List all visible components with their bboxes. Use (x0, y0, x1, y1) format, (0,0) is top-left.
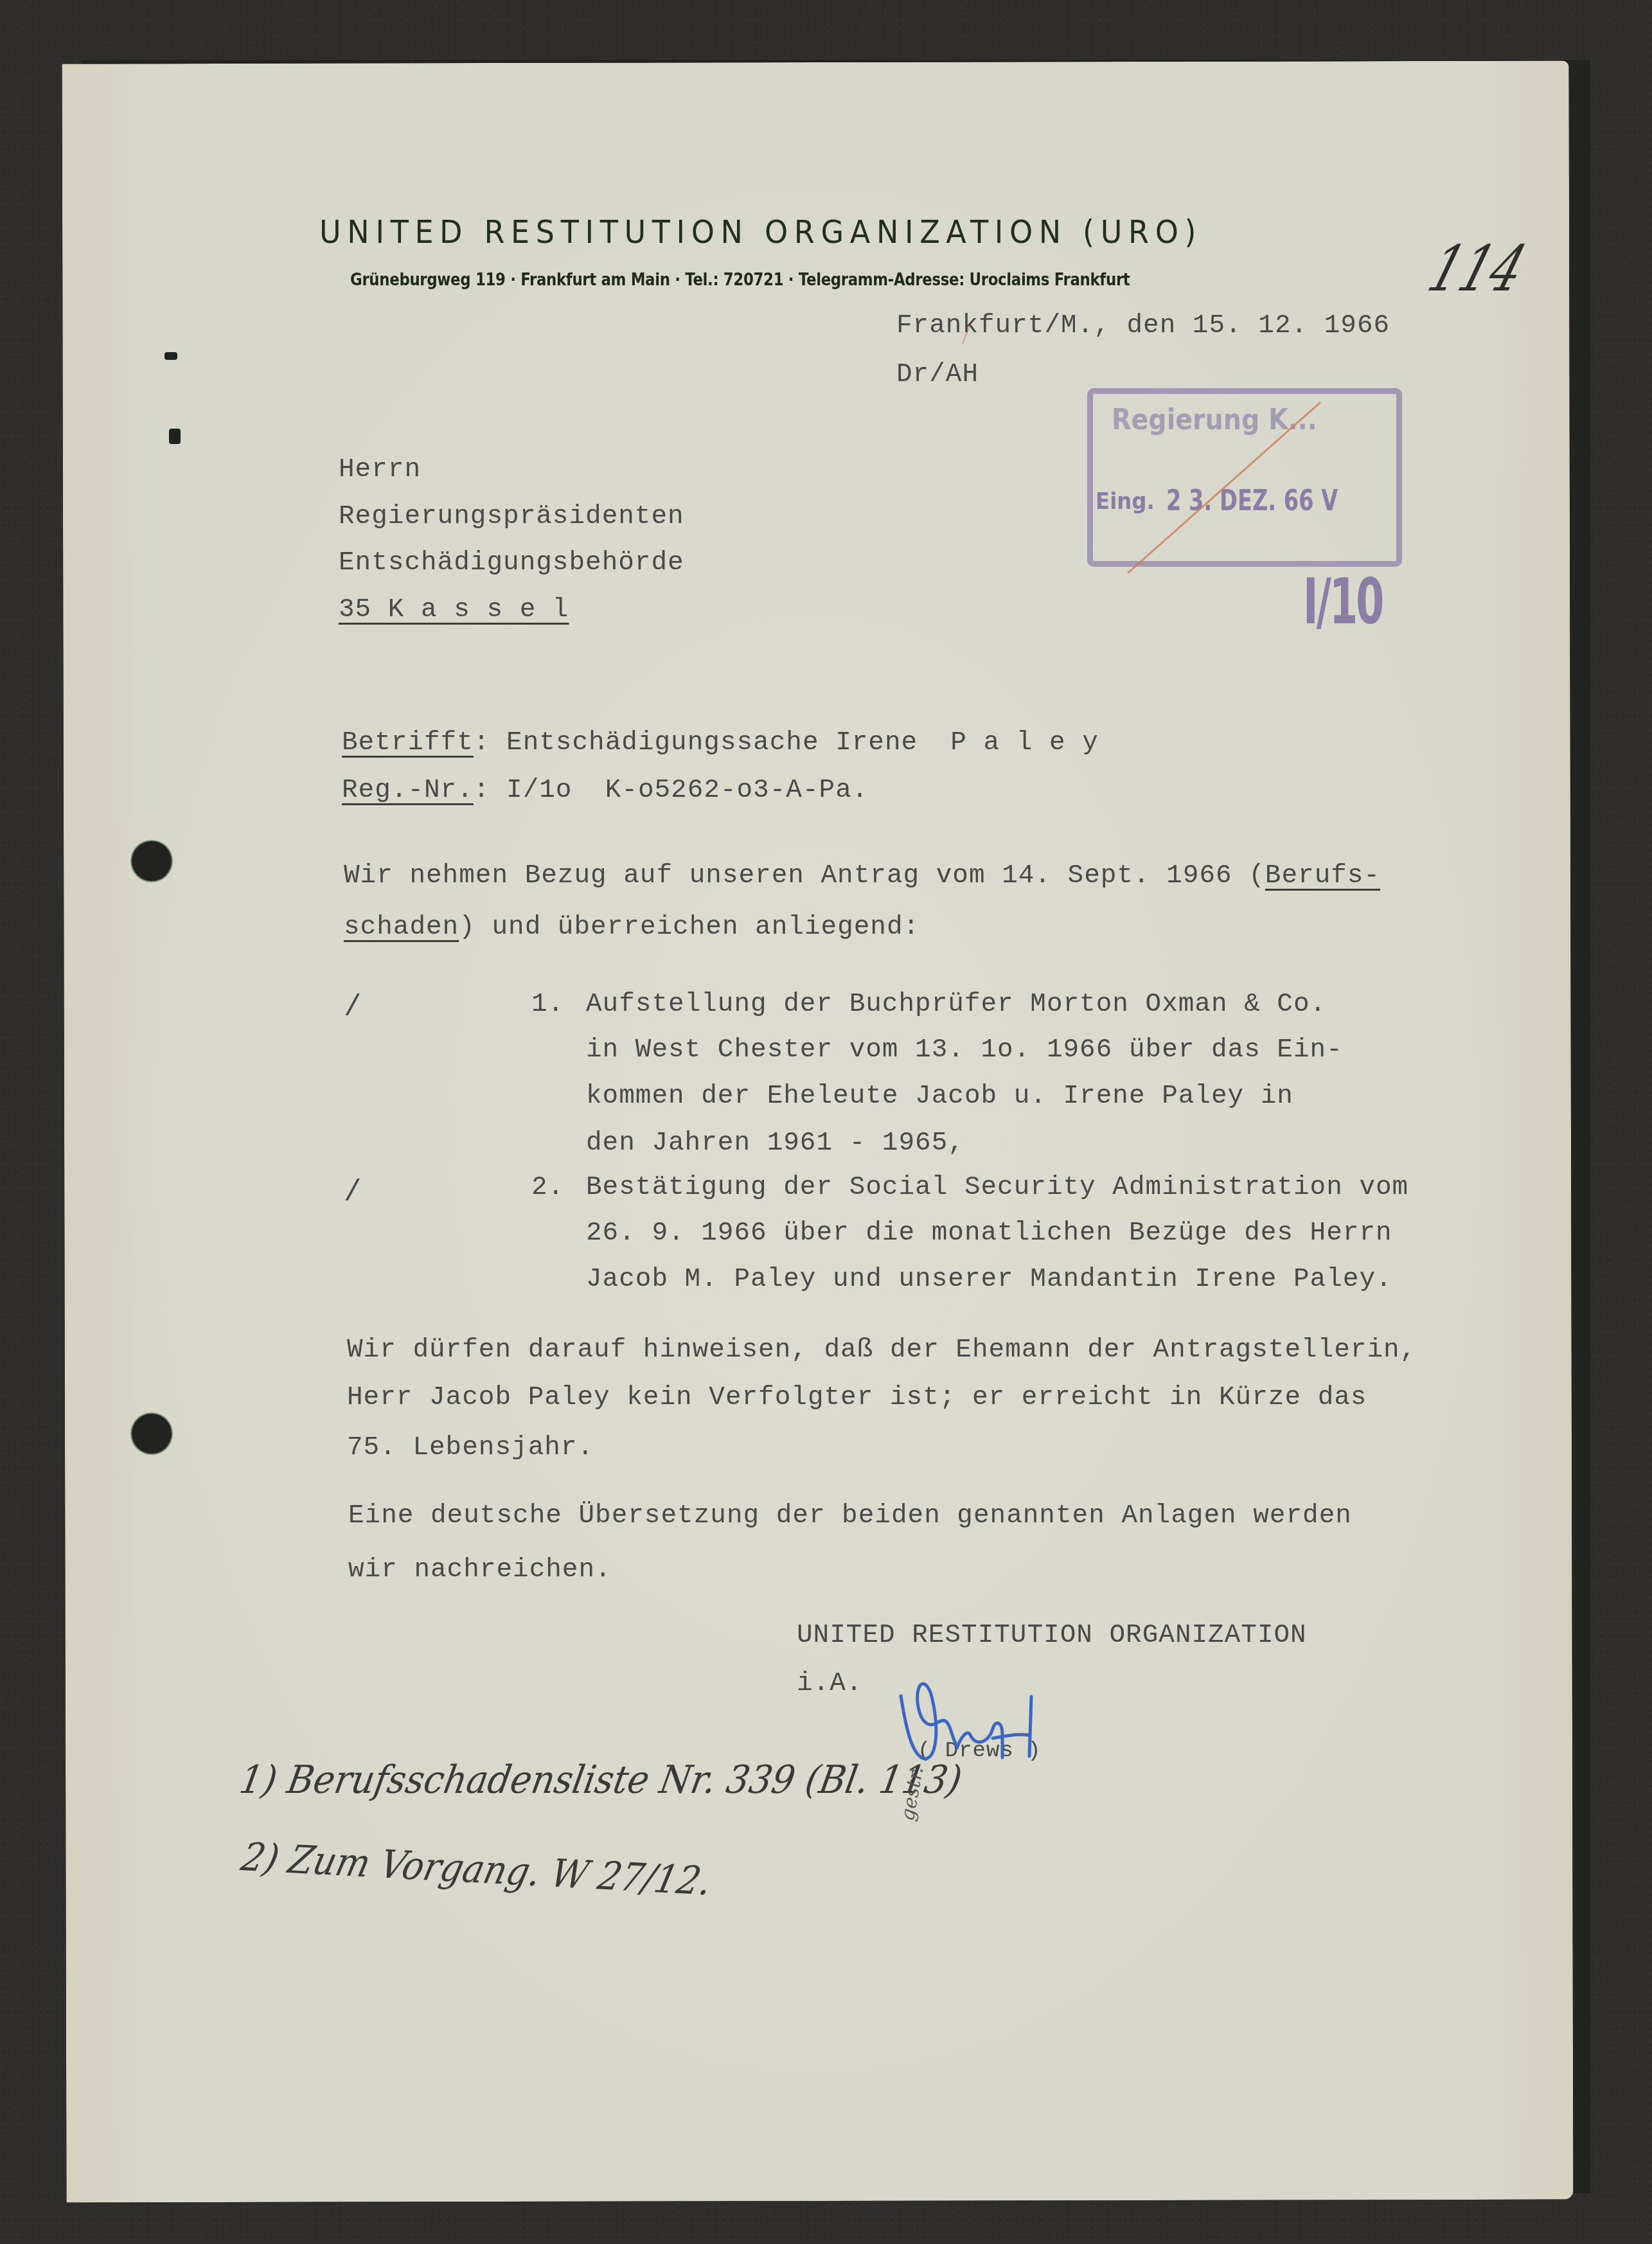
reference-initials: Dr/AH (896, 360, 979, 389)
stamp-section: I/10 (1303, 565, 1383, 639)
punch-hole-lower (132, 1414, 172, 1454)
enclosure-2-line-3: Jacob M. Paley und unserer Mandantin Ire… (586, 1265, 1392, 1294)
handwritten-note-1: 1) Berufsschadensliste Nr. 339 (Bl. 113) (236, 1758, 965, 1803)
intro-line-2: schaden) und überreichen anliegend: (344, 913, 919, 942)
intro-line-1: Wir nehmen Bezug auf unseren Antrag vom … (344, 861, 1380, 891)
betrifft-label: Betrifft (342, 728, 474, 758)
letterhead-title: UNITED RESTITUTION ORGANIZATION (URO) (319, 213, 1202, 251)
recipient-line-1: Regierungspräsidenten (339, 502, 684, 531)
enclosure-2-line-1: Bestätigung der Social Security Administ… (586, 1173, 1408, 1202)
recipient-city: 35 K a s s e l (339, 595, 569, 625)
enclosure-2-number: 2. (531, 1173, 564, 1202)
enclosure-1-line-4: den Jahren 1961 - 1965, (586, 1128, 964, 1158)
place-date: Frankfurt/M., den 15. 12. 1966 (896, 311, 1390, 341)
intro-underlined-2: schaden (344, 913, 459, 942)
enclosure-1-line-1: Aufstellung der Buchprüfer Morton Oxman … (586, 990, 1326, 1019)
intro-text-2: ) und überreichen anliegend: (459, 913, 919, 942)
para3-line-1: Eine deutsche Übersetzung der beiden gen… (348, 1501, 1352, 1531)
staple-mark-bottom (169, 429, 181, 444)
stamp-authority: Regierung K... (1112, 404, 1317, 436)
reg-number-line: Reg.-Nr.: I/1o K-o5262-o3-A-Pa. (342, 776, 868, 805)
intro-text: Wir nehmen Bezug auf unseren Antrag vom … (344, 861, 1265, 891)
intro-underlined-1: Berufs- (1265, 861, 1380, 891)
signature-organization: UNITED RESTITUTION ORGANIZATION (797, 1621, 1307, 1650)
stamp-received-label: Eing. (1096, 488, 1155, 515)
enclosure-1-line-2: in West Chester vom 13. 1o. 1966 über da… (586, 1035, 1343, 1065)
binder-edge-right (1570, 60, 1590, 2193)
enclosure-1-number: 1. (531, 990, 564, 1019)
enclosure-1-check: / (344, 991, 362, 1024)
letterhead-address: Grüneburgweg 119 · Frankfurt am Main · T… (350, 271, 1130, 290)
enclosure-1-line-3: kommen der Eheleute Jacob u. Irene Paley… (586, 1082, 1293, 1111)
subject-line: Betrifft: Entschädigungssache Irene P a … (342, 728, 1099, 758)
para3-line-2: wir nachreichen. (348, 1555, 612, 1585)
reg-label: Reg.-Nr. (342, 776, 474, 805)
enclosure-2-line-2: 26. 9. 1966 über die monatlichen Bezüge … (586, 1218, 1392, 1248)
enclosure-2-check: / (344, 1176, 362, 1209)
reg-value: I/1o K-o5262-o3-A-Pa. (506, 776, 868, 805)
signature-ia: i.A. (797, 1669, 862, 1698)
staple-mark-top (164, 352, 177, 360)
para2-line-2: Herr Jacob Paley kein Verfolgter ist; er… (347, 1383, 1367, 1412)
betrifft-value: Entschädigungssache Irene P a l e y (506, 728, 1099, 758)
stamp-date: 2 3. DEZ. 66 V (1166, 485, 1338, 517)
para2-line-3: 75. Lebensjahr. (347, 1433, 594, 1463)
punch-hole-upper (132, 841, 172, 881)
recipient-line-2: Entschädigungsbehörde (339, 548, 684, 578)
para2-line-1: Wir dürfen darauf hinweisen, daß der Ehe… (347, 1335, 1416, 1365)
recipient-salutation: Herrn (339, 455, 421, 485)
